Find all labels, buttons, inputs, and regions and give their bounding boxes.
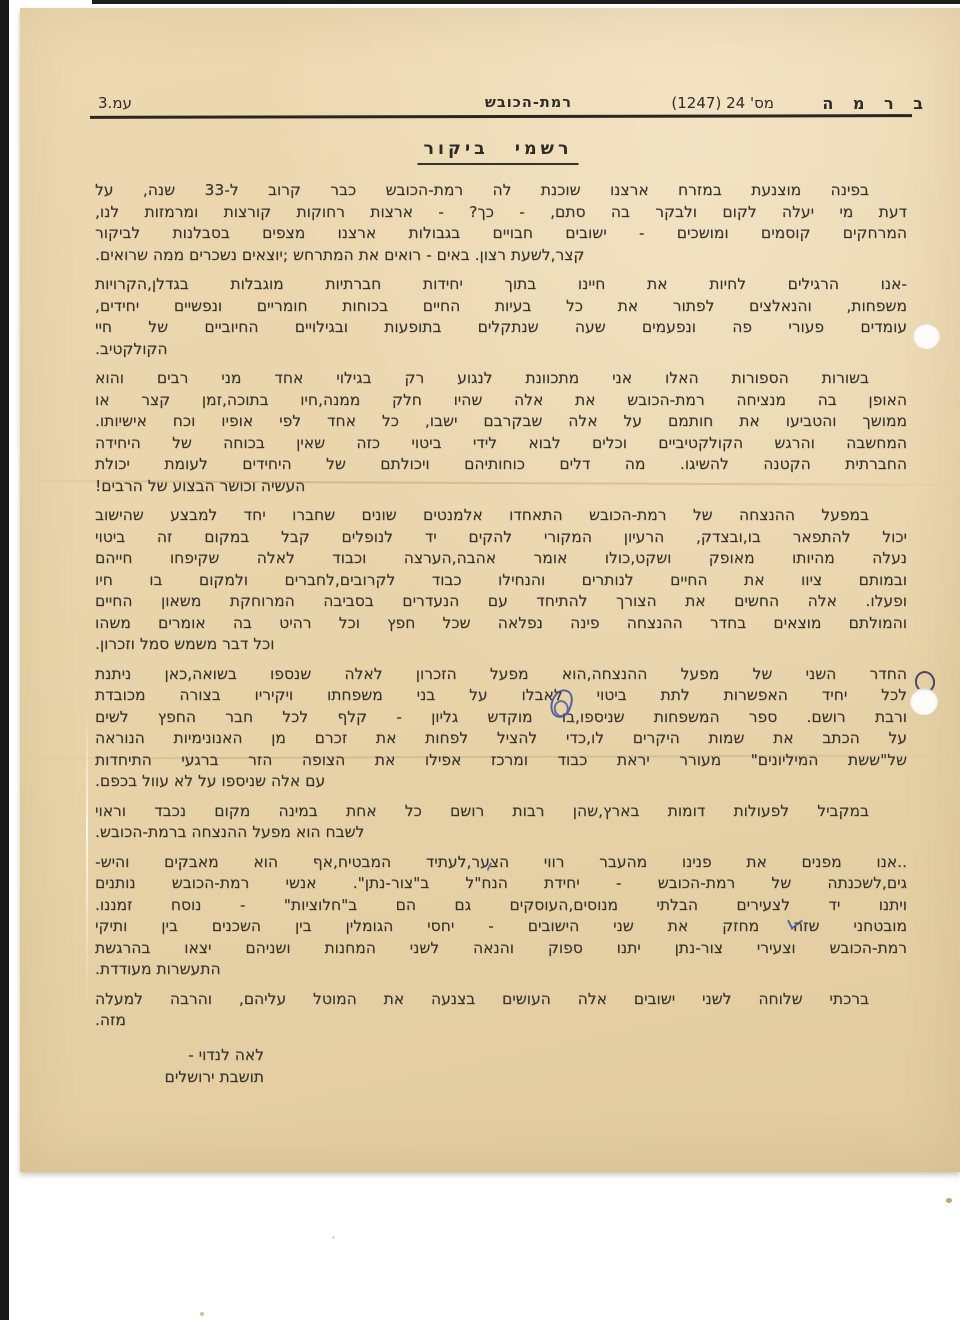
text-line: עומדים פעורי פה ונפעמים שעה שנתקלים בתופ… [95,317,907,339]
header-divider [90,114,912,119]
scanned-page: { "document": { "header": { "masthead": … [0,0,960,1320]
paragraph: -אנו הרגילים לחיות את חיינו בתוך יחידות … [95,274,907,360]
paragraph: ..אנו מפנים את פנינו מהעבר רווי הצער,לעת… [95,852,907,981]
text-line: במפעל ההנצחה של רמת-הכובש התאחדו אלמנטים… [95,505,907,527]
text-line: המרחקים קוסמים ומושכים - ישובים חבויים ב… [95,223,907,245]
text-line: רמת-הכובש וצעירי צור-נתן יתנו ספוק והנאה… [95,938,907,960]
text-line: בפינה מוצנעת במזרח ארצנו שוכנת לה רמת-הכ… [95,180,907,202]
text-block: בפינה מוצנעת במזרח ארצנו שוכנת לה רמת-הכ… [95,180,907,1040]
text-line: עם אלה שניספו על לא עוול בכפם. [95,771,907,793]
text-line: ופעלו. אלה החשים את הצורך להתיחד עם הנעד… [95,591,907,613]
masthead-title: ב ר מ ה [822,94,930,113]
text-line: של"ששת המיליונים" מעורר יראת כבוד ומרכז … [95,750,907,772]
text-line: ויתנו יד לצעירים הבלתי מנוסים,העוסקים גם… [95,895,907,917]
punch-hole-bottom [910,688,938,715]
text-line: נעלה מהיותו מאופק ושקט,כולו אומר אהבה,הע… [95,548,907,570]
paragraph: ברכתי שלוחה לשני ישובים אלה העושים בצנעה… [95,989,907,1032]
paragraph: בפינה מוצנעת במזרח ארצנו שוכנת לה רמת-הכ… [95,180,907,266]
text-line: ברכתי שלוחה לשני ישובים אלה העושים בצנעה… [95,989,907,1011]
signature-name: לאה לנדוי - [132,1044,264,1066]
scanner-edge-left [0,0,9,1320]
text-line: החדר השני של מפעל ההנצחה,הוא מפעל הזכרון… [95,664,907,686]
text-line: לכל יחיד האפשרות לתת ביטוי לאבלו על בני … [95,685,907,707]
text-line: ..אנו מפנים את פנינו מהעבר רווי הצער,לעת… [95,852,907,874]
text-line: מובטחני שזה מחזק את שני הישובים - יחסי ה… [95,916,907,938]
text-line: -אנו הרגילים לחיות את חיינו בתוך יחידות … [95,274,907,296]
page-header: ב ר מ ה מס' 24 (1247) רמת-הכובש עמ.3 [20,94,960,116]
signature-city: תושבת ירושלים [132,1066,264,1088]
paragraph: במקביל לפעולות דומות בארץ,שהן רבות רושם … [95,801,907,844]
paragraph: בשורות הספורות האלו אני מתכוונת לנגוע רק… [95,368,907,497]
dust-speck [946,1198,952,1203]
paragraph: החדר השני של מפעל ההנצחה,הוא מפעל הזכרון… [95,664,907,793]
text-line: העשיה וכושר הבצוע של הרבים! [95,476,907,498]
text-line: החברתית הקטנה להשיגו. מה דלים כוחותיהם ו… [95,454,907,476]
text-line: לשבח הוא מפעל ההנצחה ברמת-הכובש. [95,822,907,844]
text-line: הקולקטיב. [95,339,907,361]
document-paper: ב ר מ ה מס' 24 (1247) רמת-הכובש עמ.3 רשמ… [20,8,960,1172]
text-line: גים,לשכנתה של רמת-הכובש - יחידת הנח"ל ב"… [95,873,907,895]
dust-speck [200,1312,204,1316]
dust-speck [332,1236,335,1239]
text-line: וכל דבר משמש סמל וזכרון. [95,634,907,656]
text-line: בשורות הספורות האלו אני מתכוונת לנגוע רק… [95,368,907,390]
text-line: דעת מי יעלה לקום ולבקר בה סתם, - כך? - א… [95,202,907,224]
kibbutz-name: רמת-הכובש [485,95,572,111]
text-line: המחשבה והרגש הקולקטיביים וכלים לבוא לידי… [95,433,907,455]
document-title: רשמי ביקור [418,139,579,165]
text-line: יכול להתפאר בו,ובצדק, הרעיון המקורי להקי… [95,527,907,549]
issue-number: מס' 24 (1247) [671,94,774,112]
text-line: התעשרות מעודדת. [95,959,907,981]
text-line: האופן בה מנציחה רמת-הכובש את אלה שהיו חל… [95,390,907,412]
paragraph: במפעל ההנצחה של רמת-הכובש התאחדו אלמנטים… [95,505,907,656]
text-line: קצר,לשעת רצון. באים - רואים את המתרחש ;י… [95,245,907,267]
text-line: משפחות, והנאלצים לפתור את כל בעיות החיים… [95,296,907,318]
page-number-label: עמ.3 [98,94,132,112]
text-line: ממושך והטביעו את חותמם על אלה שבקרבם ישב… [95,411,907,433]
text-line: מזה. [95,1010,907,1032]
text-line: ורבת רושם. ספר המשפחות שניספו,בו מוקדש ג… [95,707,907,729]
signature-block: לאה לנדוי - תושבת ירושלים [132,1044,264,1088]
text-line: והמולתם מוצאים בחדר ההנצחה פינה נפלאה שכ… [95,613,907,635]
paper-crease [86,708,88,1008]
scanner-edge-top [92,0,960,4]
text-line: במקביל לפעולות דומות בארץ,שהן רבות רושם … [95,801,907,823]
text-line: ובמותם ציוו את החיים לנותרים והנחילו כבו… [95,570,907,592]
text-line: על הכתב את שמות היקרים לו,כדי להציל לפחו… [95,728,907,750]
punch-hole-top [913,323,940,349]
